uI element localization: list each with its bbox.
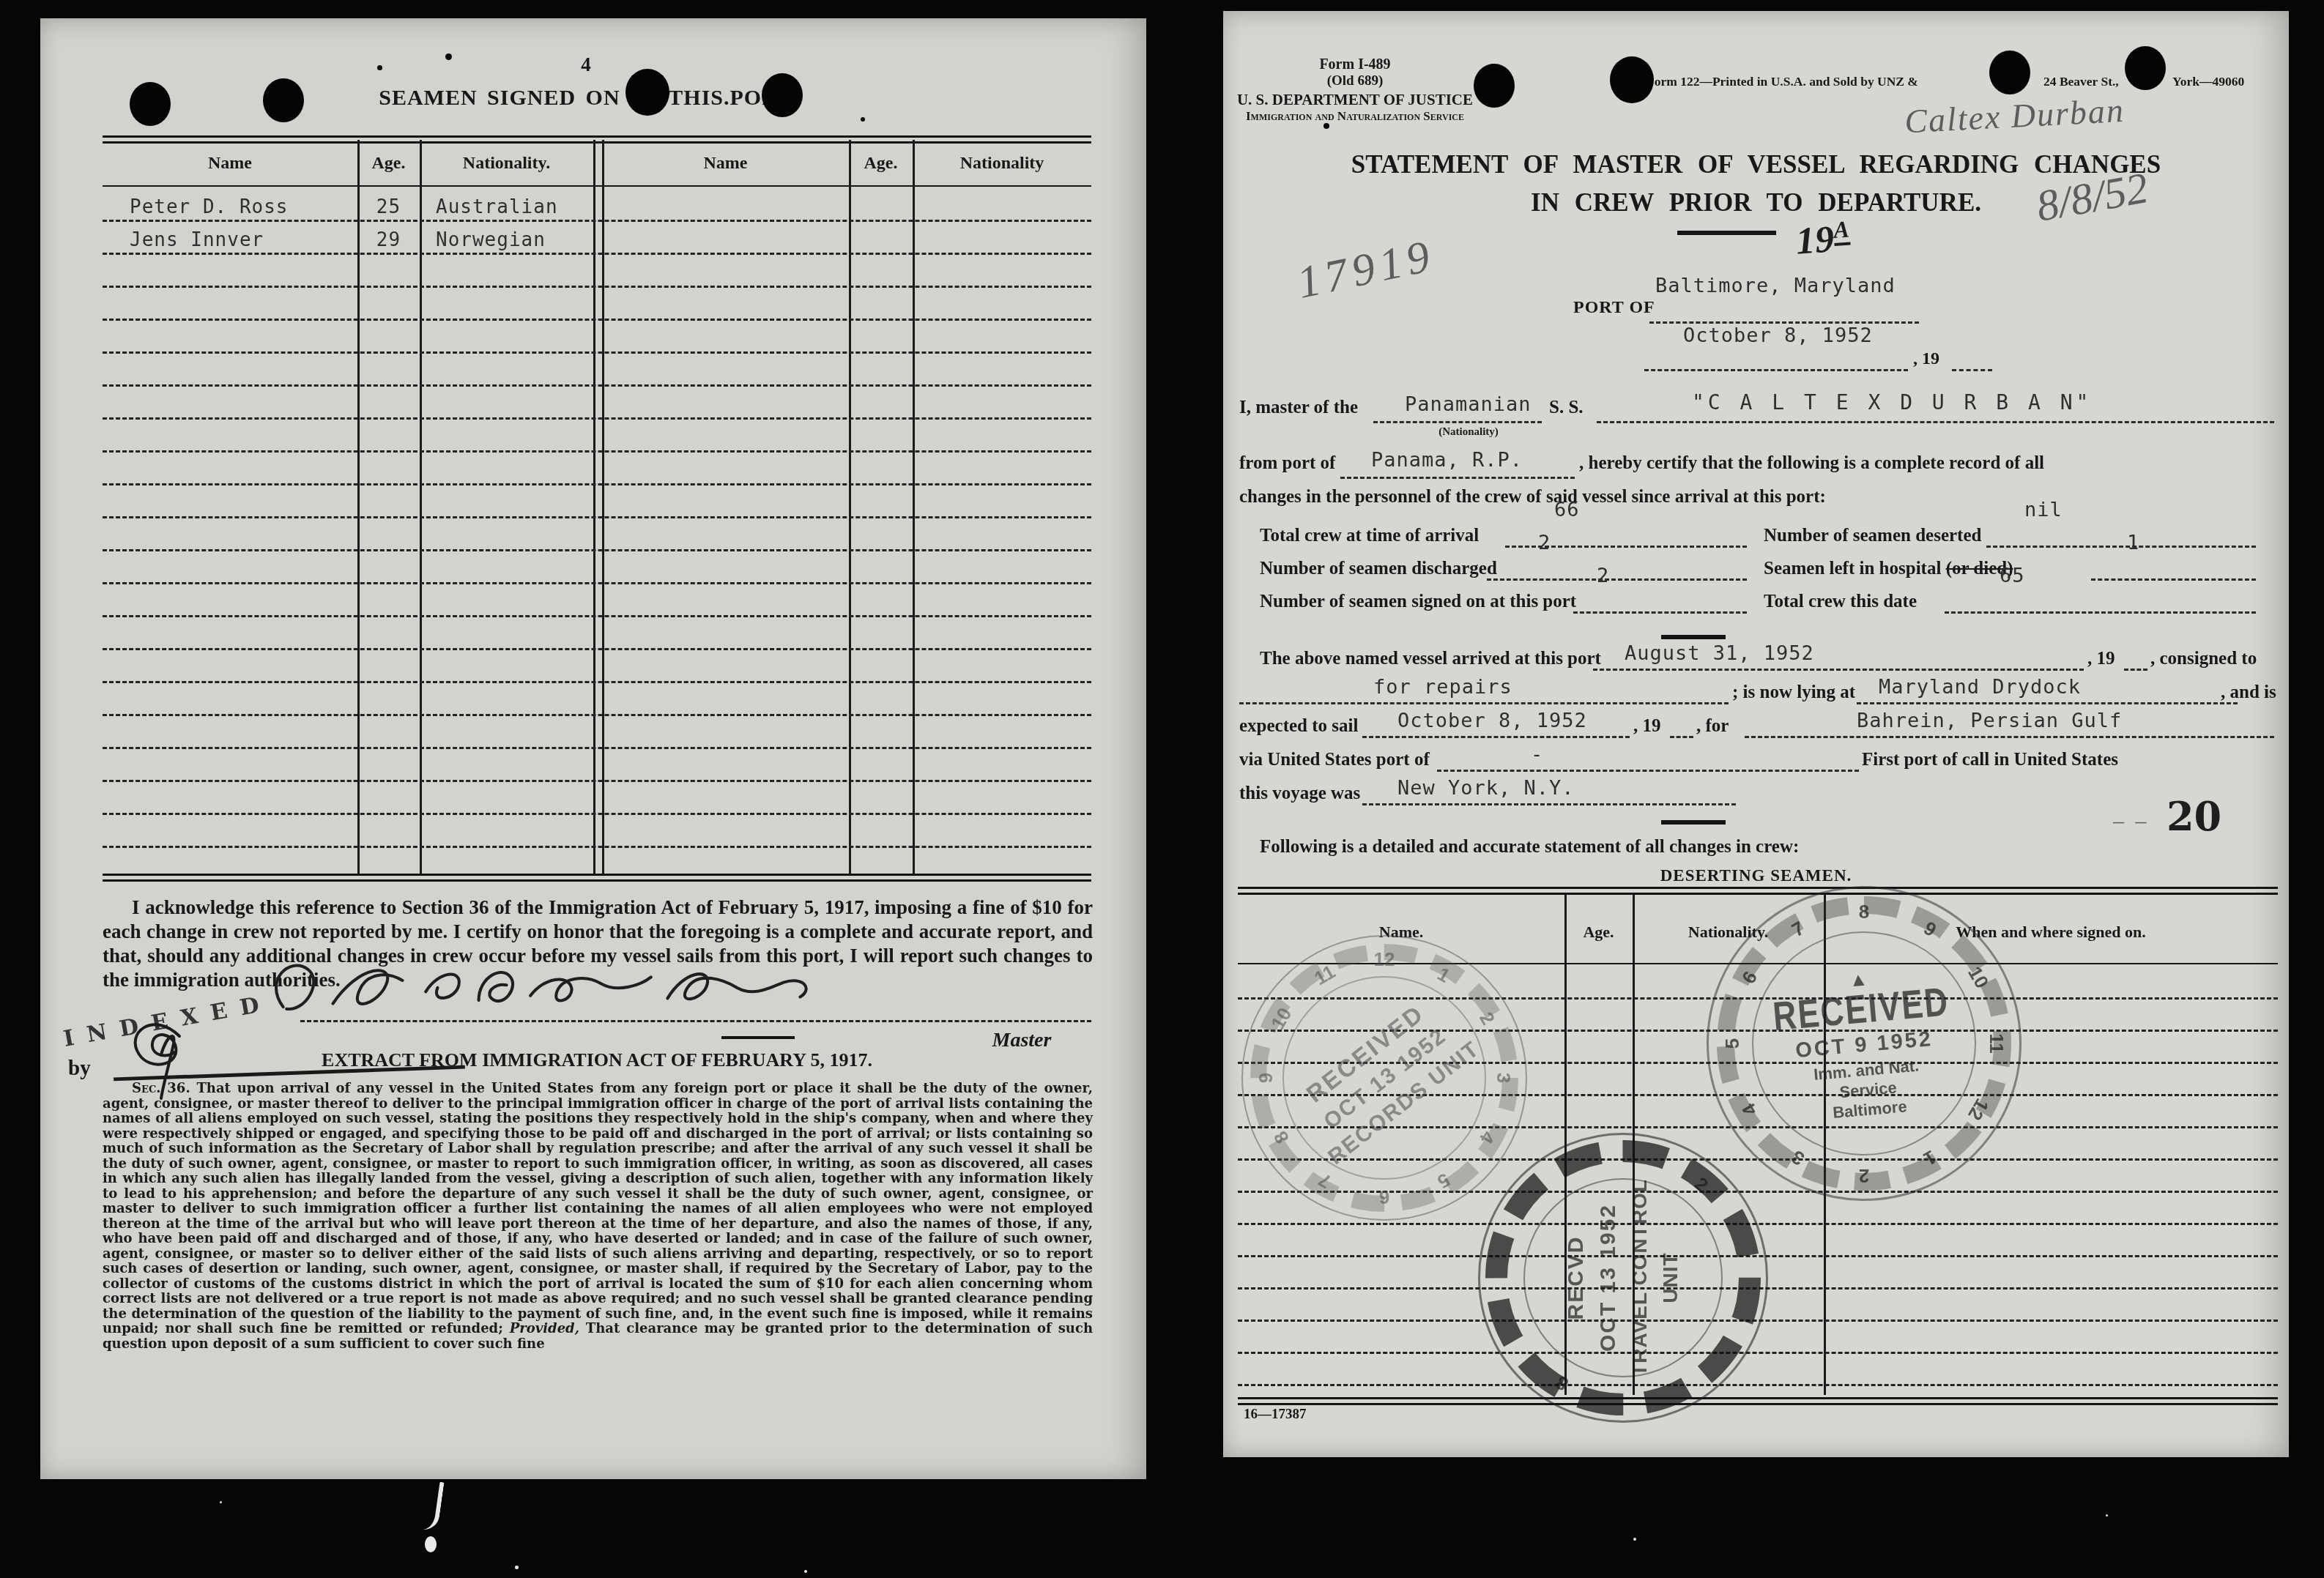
arrived-year-line [2124,669,2147,671]
table-row-line [103,549,1091,551]
handwritten-page-ref: 19A [1794,216,1852,264]
table-row-line [103,319,1091,321]
table-bottom-rule [103,874,1091,882]
document-title-line2: IN CREW PRIOR TO DEPARTURE. [1238,188,2274,217]
page-ref-number: 19 [1794,218,1835,262]
arrived-tail: , consigned to [2150,649,2257,669]
punch-hole [130,82,171,126]
deserted-line [1986,546,2256,548]
handwritten-vessel-name: Caltex Durban [1904,83,2257,141]
sail-value: October 8, 1952 [1397,710,1587,732]
port-of-value: Baltimore, Maryland [1655,275,1896,297]
from-port-label: from port of [1239,453,1335,474]
following-intro: Following is a detailed and accurate sta… [1260,837,1799,857]
lying-label: ; is now lying at [1732,682,1855,703]
arrived-19: , 19 [2087,649,2115,669]
table-divider [913,140,915,875]
consigned-line [1239,702,1729,704]
table-row-line [103,516,1091,518]
section-label: Sec. 36. [132,1081,190,1096]
left-page: 4 SEAMEN SIGNED ON AT THIS.PORT Name Age… [40,18,1146,1479]
date-year-line [1952,369,1992,371]
deserting-seamen-heading: DESERTING SEAMEN. [1238,866,2274,885]
table-row-line [103,253,1091,255]
table-row-name: Jens Innver [130,229,264,251]
date-line [1644,369,1908,371]
stamp-received: RECVD [1564,1236,1589,1320]
right-page: Form I-489 (Old 689) U. S. DEPARTMENT OF… [1223,11,2289,1457]
changes-line: changes in the personnel of the crew of … [1239,487,1826,507]
ss-label: S. S. [1549,398,1584,418]
ink-spot [1324,123,1329,129]
vessel-name-line [1597,421,2274,423]
via-label: via United States port of [1239,750,1430,770]
extract-text-1: That upon arrival of any vessel in the U… [103,1081,1093,1336]
hospital-line [2091,578,2256,581]
lying-line [1857,702,2238,704]
ink-spot [445,53,452,60]
sail-19: , 19 [1633,716,1661,737]
section-rule [1661,635,1726,639]
column-header-age: Age. [357,154,420,174]
signed-on-line [1573,611,1747,614]
table-row-line [103,681,1091,683]
extract-body: Sec. 36. That upon arrival of any vessel… [103,1082,1093,1352]
table-divider [849,140,851,875]
table-row-line [103,648,1091,650]
table-row-age: 29 [357,229,420,251]
port-of-line [1649,321,1919,324]
signature-line [300,1020,1091,1022]
sail-year-line [1670,736,1693,738]
scanned-document: 4 SEAMEN SIGNED ON AT THIS.PORT Name Age… [0,0,2324,1578]
punch-hole [1610,56,1654,103]
stamp-text: RECVD OCT 13 1952 TRAVEL CONTROL UNIT [1478,1133,1768,1423]
column-header-age: Age. [1564,923,1633,942]
table-row-line [103,747,1091,749]
table-row-line [103,780,1091,782]
department-name: U. S. DEPARTMENT OF JUSTICE [1230,91,1480,109]
form-footer-number: 16—17387 [1244,1407,1307,1423]
total-crew-value: 65 [2000,565,2025,587]
first-port-label: First port of call in United States [1862,750,2118,770]
column-header-age: Age. [849,154,913,174]
sail-dest-value: Bahrein, Persian Gulf [1857,710,2122,732]
handwritten-file-number: 17919 [1293,230,1440,310]
from-port-value: Panama, R.P. [1371,449,1523,472]
lying-tail: , and is [2221,682,2276,703]
printer-imprint: Form 122—Printed in U.S.A. and Sold by U… [1647,74,1918,89]
deserted-value: nil [2024,499,2063,521]
punch-hole [625,69,669,116]
speck [804,1570,807,1573]
ink-spot [861,117,865,122]
extract-provided: Provided, [510,1321,579,1336]
speck [1633,1538,1636,1541]
table-row-line [103,483,1091,485]
page-title: SEAMEN SIGNED ON AT THIS.PORT [183,86,989,111]
discharged-label: Number of seamen discharged [1260,559,1497,579]
table-row-line [103,351,1091,354]
discharged-line [1487,578,1747,581]
nationality-line [1373,421,1542,423]
punch-hole [1474,64,1515,108]
table-row-line [103,714,1091,716]
extract-heading: EXTRACT FROM IMMIGRATION ACT OF FEBRUARY… [103,1049,1091,1071]
via-value: - [1531,743,1543,766]
column-header-name: Name [602,154,849,174]
master-signature [260,947,817,1027]
deserted-label: Number of seamen deserted [1764,526,1981,546]
table-row-age: 25 [357,196,420,218]
table-divider [420,140,422,875]
table-row-line [103,384,1091,387]
table-row-line [103,846,1091,848]
arrived-label: The above named vessel arrived at this p… [1260,649,1601,669]
speck [515,1566,519,1569]
indexed-by-label: by [68,1057,91,1081]
table-row-line [103,450,1091,453]
voyage-label: this voyage was [1239,784,1360,804]
ink-spot [377,65,382,70]
sail-line [1362,736,1630,738]
table-row-nationality: Norwegian [436,229,546,251]
from-port-line [1340,477,1575,479]
sail-for: , for [1696,716,1729,737]
nationality-caption: (Nationality) [1410,426,1527,439]
lying-value: Maryland Drydock [1879,676,2081,699]
certify-text: , hereby certify that the following is a… [1579,453,2044,474]
consigned-value: for repairs [1373,676,1512,699]
statement-date-value: October 8, 1952 [1683,324,1873,347]
date-19-label: , 19 [1913,349,1939,369]
hospital-label: Seamen left in hospital (or died) [1764,559,2013,579]
punch-hole [1989,51,2030,94]
printer-imprint: 24 Beaver St., [2043,74,2119,89]
handwritten-dashes: – – [2113,809,2150,834]
vessel-name-value: "C A L T E X D U R B A N" [1692,390,2092,414]
form-number: Form I-489 [1230,56,1480,73]
port-of-label: PORT OF [1573,298,1655,318]
arrival-crew-label: Total crew at time of arrival [1260,526,1479,546]
page-ref-letter: A [1833,216,1850,246]
nationality-value: Panamanian [1405,393,1532,416]
table-row-line [103,582,1091,584]
table-row-nationality: Australian [436,196,558,218]
discharged-value: 2 [1538,532,1551,554]
stamp-unit2: UNIT [1659,1252,1682,1303]
form-id-block: Form I-489 (Old 689) U. S. DEPARTMENT OF… [1230,56,1480,124]
column-header-name: Name [103,154,357,174]
travel-control-stamp: 28 RECVD OCT 13 1952 TRAVEL CONTROL UNIT [1478,1133,1768,1423]
table-row-line [103,220,1091,222]
table-center-divider [593,140,604,875]
service-name: Immigration and Naturalization Service [1230,109,1480,124]
column-header-nationality: Nationality. [420,154,593,174]
signed-on-label: Number of seamen signed on at this port [1260,592,1576,612]
arrival-crew-value: 66 [1554,499,1580,521]
arrived-value: August 31, 1952 [1625,642,1814,665]
handwritten-count: 20 [2167,793,2221,840]
via-line [1437,770,1859,772]
table-row-line [103,813,1091,815]
voyage-line [1362,803,1736,805]
speck [425,1536,437,1552]
voyage-value: New York, N.Y. [1397,777,1575,800]
table-row-line [103,615,1091,617]
form-number-old: (Old 689) [1230,73,1480,89]
signed-on-value: 2 [1597,565,1609,587]
document-title-line1: STATEMENT OF MASTER OF VESSEL REGARDING … [1238,150,2274,179]
table-row-line [103,417,1091,420]
master-of-label: I, master of the [1239,398,1358,418]
title-underline [1677,231,1776,235]
stamp-unit: TRAVEL CONTROL [1628,1179,1652,1377]
stamp-date: OCT 13 1952 [1596,1204,1621,1352]
speck [220,1501,222,1503]
arrived-line [1593,669,2084,671]
section-rule [1661,820,1726,825]
sail-dest-line [1745,736,2274,738]
hospital-label-text: Seamen left in hospital [1764,559,1946,578]
table-row-line [103,286,1091,288]
sail-label: expected to sail [1239,716,1358,737]
total-crew-line [1945,611,2256,614]
punch-hole [263,78,304,122]
speck [2106,1514,2108,1516]
extract-rule [721,1036,795,1039]
paper-clip-glint [414,1479,444,1532]
punch-hole [2125,46,2166,90]
total-crew-label: Total crew this date [1764,592,1917,612]
table-row-name: Peter D. Ross [130,196,289,218]
punch-hole [762,73,803,117]
hospital-value: 1 [2127,532,2139,554]
column-header-nationality: Nationality [913,154,1091,174]
